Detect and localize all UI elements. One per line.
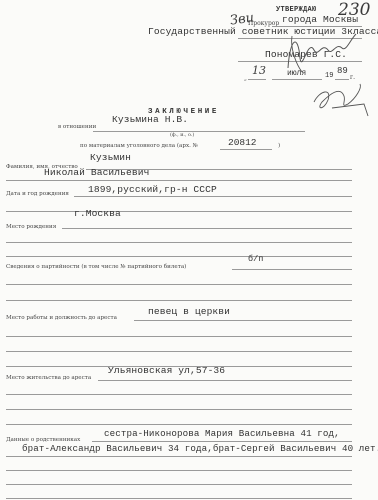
relatives-underline-5 [6,498,352,499]
party-value: б/п [248,254,263,264]
date-day-line [248,79,266,80]
regarding-line [93,131,305,132]
relatives-underline-3 [6,470,352,471]
birthplace-label: Место рождения [6,224,56,230]
work-label: Место работы и должность до ареста [6,315,117,321]
prosecutor-of: города Москвы [282,14,358,25]
residence-line [98,380,352,381]
party-label: Сведения о партийности (в том числе № па… [6,264,186,270]
birth-value: 1899,русский,гр-н СССР [88,184,217,195]
relatives-underline-2 [6,456,352,457]
party-line-3 [6,300,352,301]
birth-line [74,196,352,197]
birth-line-2 [6,211,352,212]
date-quote-open: „ [244,76,247,82]
birthplace-line-2 [6,242,352,243]
residence-label: Место жительства до ареста [6,375,91,381]
work-line-2 [6,336,352,337]
birthplace-line [62,228,352,229]
birth-label: Дата и год рождения [6,191,69,197]
case-label: по материалам уголовного дела (арх. № [80,143,198,149]
work-line [134,320,352,321]
stamp-scribble-icon [310,80,370,120]
residence-line-4 [6,424,352,425]
regarding-value: Кузьмина Н.В. [112,114,188,125]
residence-line-3 [6,409,352,410]
signature-icon [280,28,360,78]
residence-value: Ульяновская ул,57-36 [108,365,225,376]
case-close: ) [278,143,280,149]
relatives-underline-1 [92,441,352,442]
relatives-line-1: сестра-Никонорова Мария Васильевна 41 го… [104,428,340,439]
surname-value: Кузьмин [90,152,131,163]
relatives-line-2: брат-Александр Васильевич 34 года,брат-С… [22,443,378,454]
party-line-2 [6,284,352,285]
birthplace-value: г.Москва [74,208,121,219]
party-line [232,269,352,270]
date-day: 13 [252,64,266,77]
approval-heading: УТВЕРЖДАЮ [276,6,317,14]
fio-hint: (ф., и., о.) [170,133,194,138]
work-value: певец в церкви [148,306,230,317]
work-line-3 [6,351,352,352]
birthplace-line-3 [6,256,352,257]
regarding-label: в отношении [58,124,96,130]
case-number-line [220,149,272,150]
case-number: 20812 [228,137,257,148]
relatives-underline-4 [6,484,352,485]
fio-line-2 [6,180,352,181]
residence-line-2 [6,394,352,395]
name-patronymic-value: Николай Васильевич [44,167,149,178]
